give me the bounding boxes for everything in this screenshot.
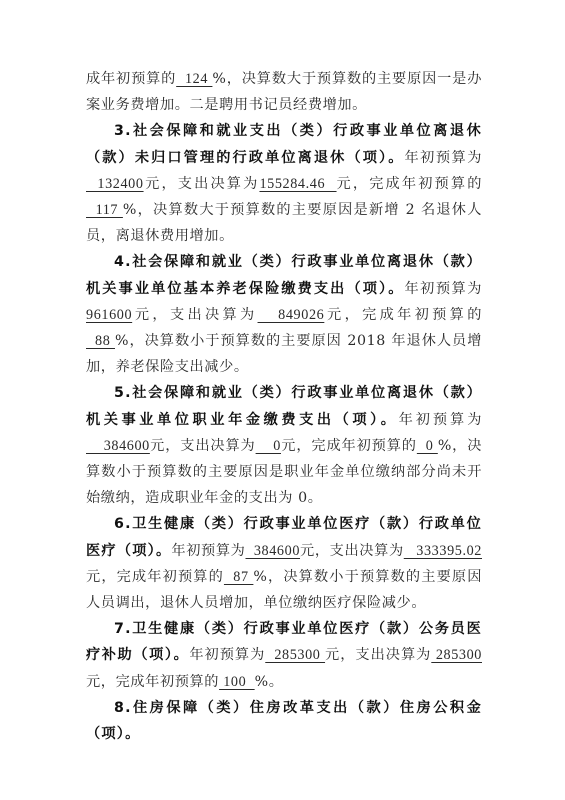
text: 年初预算为 (399, 412, 482, 428)
text: 元，完成年初预算的 (86, 674, 219, 690)
completion-rate-value: 124 (176, 71, 212, 87)
paragraph-8: 8.住房保障（类）住房改革支出（款）住房公积金（项）。 (86, 695, 482, 747)
text: 元，完成年初预算的 (337, 176, 482, 192)
document-page: 成年初预算的 124 %，决算数大于预算数的主要原因一是办案业务费增加。二是聘用… (86, 66, 482, 747)
budget-value: 285300 (265, 647, 325, 663)
text: 元，完成年初预算的 (324, 307, 482, 323)
budget-value: 384600 (86, 438, 150, 454)
text: %，决算数小于预算数的主要原因 2018 年退休人员增加，养老保险支出减少。 (86, 333, 482, 375)
text: 年初预算为 (189, 647, 265, 663)
actual-value: 849026 (258, 307, 325, 323)
budget-value: 384600 (246, 543, 301, 559)
text: 年初预算为 (404, 150, 482, 166)
text: %。 (255, 674, 284, 690)
actual-value: 285300 (431, 647, 482, 663)
text: 元，支出决算为 (132, 307, 257, 323)
actual-value: 155284.46 (259, 176, 336, 192)
text: 元，完成年初预算的 (281, 438, 417, 454)
completion-rate-value: 87 (224, 569, 253, 585)
paragraph-7: 7.卫生健康（类）行政事业单位医疗（款）公务员医疗补助（项）。年初预算为 285… (86, 616, 482, 695)
completion-rate-value: 88 (86, 333, 115, 349)
paragraph-2-continuation: 成年初预算的 124 %，决算数大于预算数的主要原因一是办案业务费增加。二是聘用… (86, 66, 482, 118)
text: 成年初预算的 (86, 71, 176, 87)
paragraph-6: 6.卫生健康（类）行政事业单位医疗（款）行政单位医疗（项）。年初预算为 3846… (86, 511, 482, 616)
completion-rate-value: 117 (86, 202, 123, 218)
section-heading: 8.住房保障（类）住房改革支出（款）住房公积金（项）。 (86, 700, 482, 742)
text: 元，支出决算为 (325, 647, 431, 663)
text: 元，支出决算为 (150, 438, 256, 454)
text: %，决算数大于预算数的主要原因是新增 2 名退休人员，离退休费用增加。 (86, 202, 482, 244)
paragraph-5: 5.社会保障和就业（类）行政事业单位离退休（款）机关事业单位职业年金缴费支出（项… (86, 380, 482, 511)
text: 年初预算为 (404, 281, 482, 297)
completion-rate-value: 0 (417, 438, 438, 454)
text: 元，支出决算为 (300, 543, 404, 559)
completion-rate-value: 100 (219, 674, 255, 690)
budget-value: 961600 (86, 307, 132, 323)
text: 元，完成年初预算的 (86, 569, 224, 585)
actual-value: 0 (256, 438, 281, 454)
actual-value: 333395.02 (404, 543, 482, 559)
paragraph-3: 3.社会保障和就业支出（类）行政事业单位离退休（款）未归口管理的行政单位离退休（… (86, 118, 482, 249)
paragraph-4: 4.社会保障和就业（类）行政事业单位离退休（款）机关事业单位基本养老保险缴费支出… (86, 249, 482, 380)
text: 元，支出决算为 (144, 176, 260, 192)
budget-value: 132400 (86, 176, 144, 192)
text: 年初预算为 (171, 543, 245, 559)
